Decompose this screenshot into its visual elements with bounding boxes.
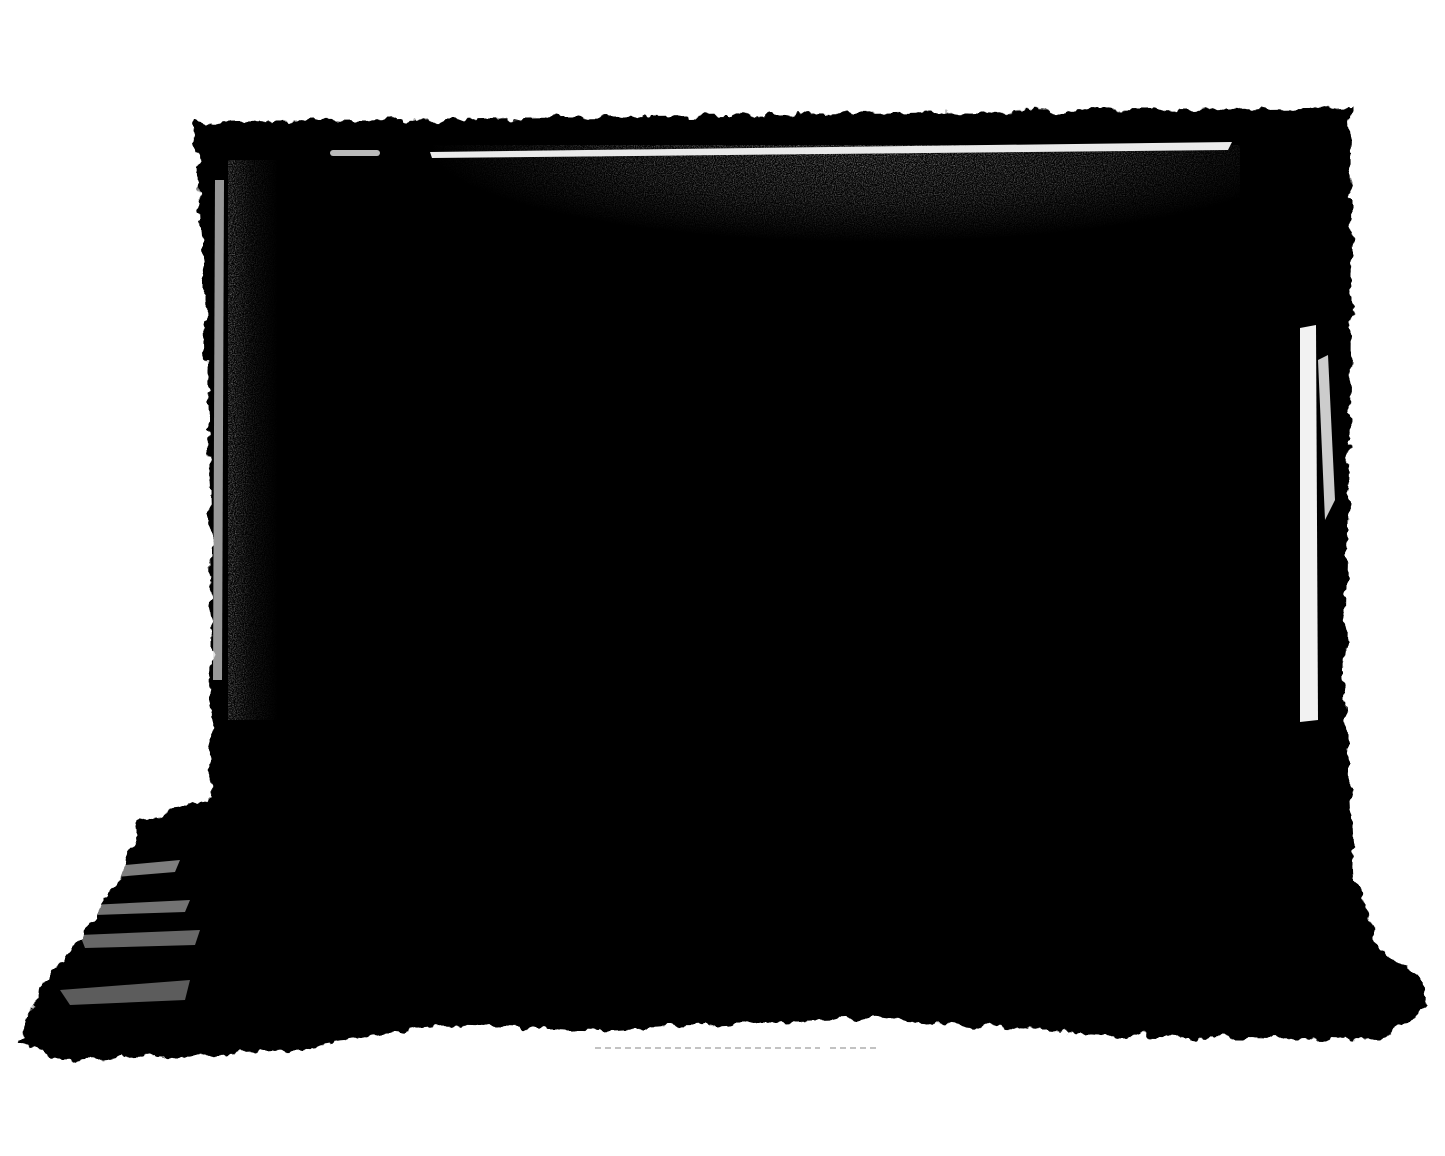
frame-texture (0, 0, 1445, 1156)
grunge-frame (0, 0, 1445, 1156)
